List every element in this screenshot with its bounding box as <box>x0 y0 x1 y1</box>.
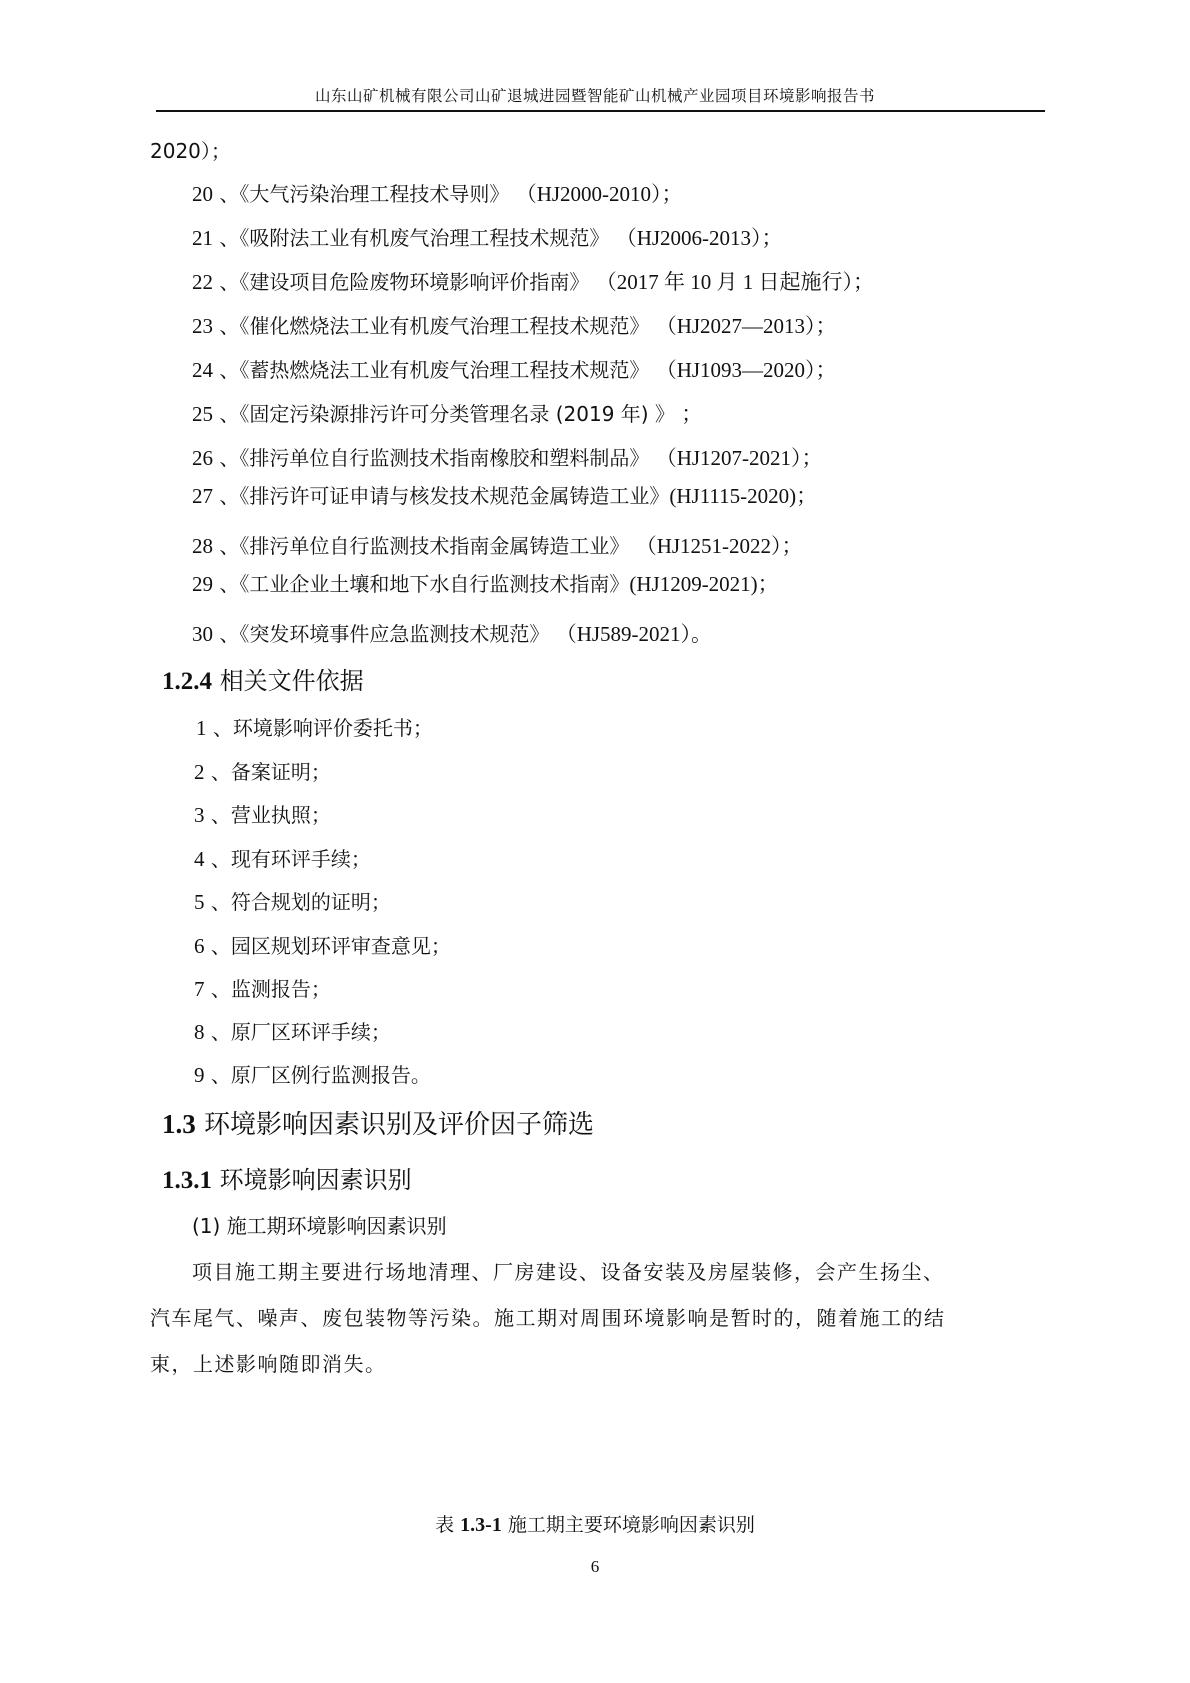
standard-title: 《蓄热燃烧法工业有机废气治理工程技术规范》 <box>239 358 649 382</box>
item-number: 6 <box>194 934 205 958</box>
item-text: 监测报告； <box>231 977 331 1001</box>
caption-number: 1.3-1 <box>460 1514 502 1536</box>
standard-title: 《排污单位自行监测技术指南橡胶和塑料制品》 <box>239 446 649 470</box>
item-number: 22 <box>192 270 213 294</box>
document-item-4: 4 、现有环评手续； <box>194 843 371 872</box>
item-text: 备案证明； <box>231 760 331 784</box>
running-header: 山东山矿机械有限公司山矿退城进园暨智能矿山机械产业园项目环境影响报告书 <box>0 84 1190 106</box>
item-number: 20 <box>192 182 213 206</box>
standard-title: 《大气污染治理工程技术导则》 <box>239 182 509 206</box>
header-divider <box>156 110 1045 112</box>
standard-ref: （HJ2000-2010）； <box>516 182 683 206</box>
document-item-2: 2 、备案证明； <box>194 756 331 785</box>
document-item-9: 9 、原厂区例行监测报告。 <box>194 1059 431 1088</box>
item-number: 30 <box>192 622 213 646</box>
section-heading-1-3: 1.3 环境影响因素识别及评价因子筛选 <box>162 1104 594 1141</box>
document-item-8: 8 、原厂区环评手续； <box>194 1016 391 1045</box>
standard-title: 《排污单位自行监测技术指南金属铸造工业》 <box>239 534 629 558</box>
document-item-1: 1 、环境影响评价委托书； <box>196 712 433 741</box>
item-text: 营业执照； <box>231 803 331 827</box>
section-heading-1-2-4: 1.2.4 相关文件依据 <box>162 661 364 696</box>
continuation-text: 2020）； <box>150 135 231 164</box>
item-text: 环境影响评价委托书； <box>233 716 433 740</box>
standard-item-20: 20 、《大气污染治理工程技术导则》 （HJ2000-2010）； <box>192 178 683 208</box>
item-number: 29 <box>192 572 213 596</box>
standard-title: 《突发环境事件应急监测技术规范》 <box>239 622 549 646</box>
document-item-7: 7 、监测报告； <box>194 973 331 1002</box>
item-number: 26 <box>192 446 213 470</box>
paragraph-line-3: 束，上述影响随即消失。 <box>150 1348 387 1377</box>
paragraph-line-1: 项目施工期主要进行场地清理、厂房建设、设备安装及房屋装修，会产生扬尘、 <box>192 1256 945 1285</box>
standard-item-21: 21 、《吸附法工业有机废气治理工程技术规范》 （HJ2006-2013）； <box>192 222 783 252</box>
item-number: 24 <box>192 358 213 382</box>
standard-ref: (HJ1209-2021)； <box>629 572 778 596</box>
standard-item-29: 29 、《工业企业土壤和地下水自行监测技术指南》(HJ1209-2021)； <box>192 568 779 598</box>
standard-ref: （2017 年 10 月 1 日起施行）； <box>596 270 874 294</box>
item-text: 符合规划的证明； <box>231 890 391 914</box>
item-text: 原厂区环评手续； <box>231 1020 391 1044</box>
standard-ref: ； <box>681 402 702 426</box>
standard-title: 《建设项目危险废物环境影响评价指南》 <box>239 270 589 294</box>
item-number: 25 <box>192 402 213 426</box>
standard-item-24: 24 、《蓄热燃烧法工业有机废气治理工程技术规范》 （HJ1093—2020）； <box>192 354 837 384</box>
standard-item-26: 26 、《排污单位自行监测技术指南橡胶和塑料制品》 （HJ1207-2021）； <box>192 442 823 472</box>
standard-title: 《催化燃烧法工业有机废气治理工程技术规范》 <box>239 314 649 338</box>
document-item-5: 5 、符合规划的证明； <box>194 886 391 915</box>
item-number: 5 <box>194 890 205 914</box>
item-text: 园区规划环评审查意见； <box>231 934 451 958</box>
item-number: 8 <box>194 1020 205 1044</box>
standard-item-30: 30 、《突发环境事件应急监测技术规范》 （HJ589-2021）。 <box>192 618 712 648</box>
standard-ref: （HJ1251-2022）； <box>636 534 803 558</box>
item-number: 3 <box>194 803 205 827</box>
standard-item-27: 27 、《排污许可证申请与核发技术规范金属铸造工业》(HJ1115-2020)； <box>192 480 817 510</box>
standard-ref: （HJ2027—2013）； <box>656 314 837 338</box>
standard-title: 《吸附法工业有机废气治理工程技术规范》 <box>239 226 609 250</box>
section-number: 1.3.1 <box>162 1167 212 1194</box>
document-item-6: 6 、园区规划环评审查意见； <box>194 930 451 959</box>
item-text: 原厂区例行监测报告。 <box>231 1063 431 1087</box>
standard-title: 《固定污染源排污许可分类管理名录 (2019 年) 》 <box>239 402 675 426</box>
item-number: 27 <box>192 484 213 508</box>
section-title: 环境影响因素识别 <box>220 1166 412 1194</box>
section-number: 1.3 <box>162 1109 196 1139</box>
item-number: 23 <box>192 314 213 338</box>
section-heading-1-3-1: 1.3.1 环境影响因素识别 <box>162 1160 412 1195</box>
item-number: 4 <box>194 847 205 871</box>
standard-ref: （HJ589-2021）。 <box>556 622 712 646</box>
item-number: 2 <box>194 760 205 784</box>
standard-ref: （HJ1207-2021）； <box>656 446 823 470</box>
standard-ref: （HJ2006-2013）； <box>616 226 783 250</box>
subheading-construction-period: (1) 施工期环境影响因素识别 <box>192 1210 447 1239</box>
section-number: 1.2.4 <box>162 668 212 695</box>
section-title: 环境影响因素识别及评价因子筛选 <box>204 1110 594 1140</box>
table-caption: 表 1.3-1 施工期主要环境影响因素识别 <box>0 1510 1190 1537</box>
item-text: 现有环评手续； <box>231 847 371 871</box>
standard-ref: (HJ1115-2020)； <box>669 484 817 508</box>
standard-item-28: 28 、《排污单位自行监测技术指南金属铸造工业》 （HJ1251-2022）； <box>192 530 803 560</box>
paragraph-line-2: 汽车尾气、噪声、废包装物等污染。施工期对周围环境影响是暂时的，随着施工的结 <box>150 1302 946 1331</box>
standard-ref: （HJ1093—2020）； <box>656 358 837 382</box>
item-number: 28 <box>192 534 213 558</box>
caption-title: 施工期主要环境影响因素识别 <box>508 1514 755 1536</box>
section-title: 相关文件依据 <box>220 667 364 695</box>
page-number: 6 <box>0 1557 1190 1577</box>
standard-title: 《工业企业土壤和地下水自行监测技术指南》 <box>239 572 629 596</box>
item-number: 1 <box>196 716 207 740</box>
item-number: 9 <box>194 1063 205 1087</box>
item-number: 7 <box>194 977 205 1001</box>
standard-item-23: 23 、《催化燃烧法工业有机废气治理工程技术规范》 （HJ2027—2013）； <box>192 310 837 340</box>
document-item-3: 3 、营业执照； <box>194 799 331 828</box>
item-number: 21 <box>192 226 213 250</box>
standard-item-25: 25 、《固定污染源排污许可分类管理名录 (2019 年) 》 ； <box>192 398 702 428</box>
caption-label: 表 <box>435 1514 454 1536</box>
standard-title: 《排污许可证申请与核发技术规范金属铸造工业》 <box>239 484 669 508</box>
standard-item-22: 22 、《建设项目危险废物环境影响评价指南》 （2017 年 10 月 1 日起… <box>192 266 874 296</box>
